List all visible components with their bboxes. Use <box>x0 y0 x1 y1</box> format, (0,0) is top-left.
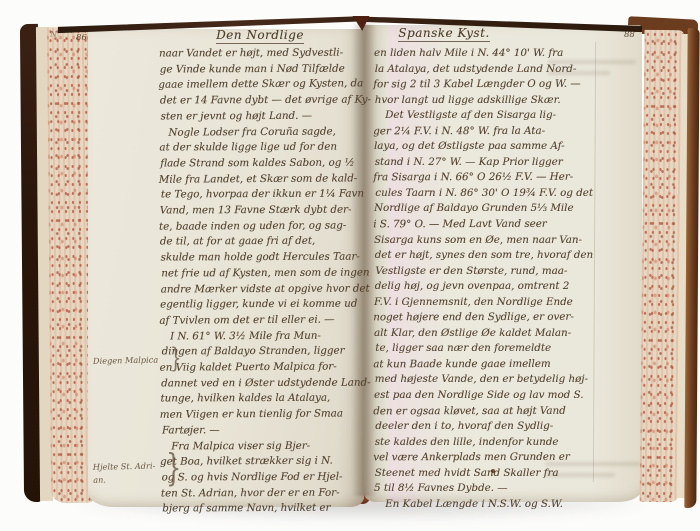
handwritten-line: Nogle Lodser fra Coruña sagde, <box>158 124 360 141</box>
handwritten-line: noget højere end den Sydlige, er over- <box>373 310 601 326</box>
handwritten-line: deeler den i to, hvoraf den Sydlig- <box>375 419 603 435</box>
ink-blot <box>491 469 495 473</box>
margin-note-line1: Hjelte St. Adri- <box>93 461 156 472</box>
left-page-header: Den Nordlige <box>160 28 360 42</box>
handwritten-line: at kun Baade kunde gaae imellem <box>373 357 601 373</box>
handwritten-line: Fra Malpica viser sig Bjer- <box>161 438 363 455</box>
handwritten-line: I N. 61° W. 3½ Mile fra Mun- <box>160 328 362 345</box>
edge-mark: N <box>50 30 57 39</box>
left-page-header-text: Den Nordlige <box>216 28 304 44</box>
handwritten-line: andre Mærker vidste at opgive hvor det <box>161 281 363 298</box>
handwritten-line: En Kabel Længde i N.S.W. og S.W. <box>375 497 603 513</box>
margin-note-line2: an. <box>93 475 106 485</box>
handwritten-line: est paa den Nordlige Side og lav mod S. <box>374 388 602 404</box>
handwritten-line: ger 2¼ F.V. i N. 48° W. fra la Ata- <box>373 123 601 139</box>
handwritten-line: skulde man holde godt Hercules Taar- <box>161 250 363 267</box>
handwritten-line: med højeste Vande, den er betydelig høj- <box>375 372 603 388</box>
handwritten-line: det er 14 Favne dybt — det øvrige af Ky- <box>160 93 362 110</box>
margin-note-brace: } <box>170 343 181 375</box>
handwritten-line: egentlig ligger, kunde vi ei komme ud <box>160 297 362 314</box>
handwritten-line: F.V. i Gjennemsnit, den Nordlige Ende <box>374 295 602 311</box>
handwritten-line: get Boa, hvilket strækker sig i N. <box>160 454 362 471</box>
ink-bleedthrough-bottom <box>545 462 645 484</box>
handwritten-line: te, baade inden og uden for, og sag- <box>159 218 361 235</box>
margin-note-st-adrian: Hjelte St. Adri- an. <box>93 459 172 487</box>
ink-bleedthrough-top <box>548 60 640 82</box>
handwritten-line: den er ogsaa kløvet, saa at højt Vand <box>373 403 601 419</box>
handwritten-line: ten St. Adrian, hvor der er en For- <box>161 485 363 502</box>
handwritten-line: Vestligste er den Største, rund, maa- <box>375 264 603 280</box>
handwritten-line: bjerg af samme Navn, hvilket er <box>162 501 364 518</box>
handwritten-line: men Viigen er kun tienlig for Smaa <box>160 406 362 423</box>
right-page-header-text: Spanske Kyst. <box>398 26 489 42</box>
handwritten-line: og S. og hvis Nordlige Fod er Hjel- <box>162 470 364 487</box>
handwritten-line: cules Taarn i N. 86° 30' O 19¾ F.V. og d… <box>375 186 603 202</box>
right-page-header: Spanske Kyst. <box>374 26 514 40</box>
handwritten-line: flade Strand som kaldes Sabon, og ½ <box>160 155 362 172</box>
handwritten-line: stand i N. 27° W. — Kap Prior ligger <box>375 155 603 171</box>
manuscript-book-photo: N 86 Den Nordlige naar Vandet er højt, m… <box>0 0 700 531</box>
handwritten-line: det er højt, synes den som tre, hvoraf d… <box>375 248 603 264</box>
handwritten-line: ge Vinde kunde man i Nød Tilfælde <box>160 61 362 78</box>
handwritten-line: net frie ud af Kysten, men som de ingen <box>161 265 363 282</box>
handwritten-line: dingen af Baldayo Stranden, ligger <box>162 344 364 361</box>
handwritten-line: tunge, hvilken kaldes la Atalaya, <box>160 391 362 408</box>
right-page-handwriting: en liden halv Mile i N. 44° 10' W. frala… <box>374 46 602 512</box>
handwritten-line: naar Vandet er højt, med Sydvestli- <box>159 46 361 63</box>
handwritten-line: alt Klar, den Østlige Øe kaldet Malan- <box>374 326 602 342</box>
handwritten-line: Det Vestligste af den Sisarga lig- <box>375 108 603 124</box>
handwritten-line: i S. 79° O. — Med Lavt Vand seer <box>373 217 601 233</box>
handwritten-line: laya, og det Østligste paa samme Af- <box>374 139 602 155</box>
handwritten-line: Sisarga kuns som en Øe, men naar Van- <box>374 233 602 249</box>
handwritten-line: de til, at for at gaae fri af det, <box>160 234 362 251</box>
left-page-number: 86 <box>76 33 87 43</box>
handwritten-line: en Viig kaldet Puerto Malpica for- <box>160 359 362 376</box>
handwritten-line: at der skulde ligge lige ud for den <box>159 140 361 157</box>
handwritten-line: te Tego, hvorpaa der ikkun er 1¼ Favn <box>161 187 363 204</box>
handwritten-line: sten er jevnt og højt Land. — <box>161 108 363 125</box>
left-page-handwriting: naar Vandet er højt, med Sydvestli-ge Vi… <box>159 46 363 518</box>
margin-note-brace: } <box>166 446 181 489</box>
handwritten-line: hvor langt ud ligge adskillige Skær. <box>375 93 603 109</box>
right-page-number: 88 <box>624 30 635 40</box>
handwritten-line: Mile fra Landet, et Skær som de kald- <box>159 171 361 188</box>
handwritten-line: Fartøjer. — <box>162 422 364 439</box>
handwritten-line: Vand, men 13 Favne Stærk dybt der- <box>160 203 362 220</box>
handwritten-line: delig høj, og jevn ovenpaa, omtrent 2 <box>375 279 603 295</box>
handwritten-line: fra Sisarga i N. 66° O 26½ F.V. — Her- <box>373 170 601 186</box>
margin-note-malpica: Diegen Malpica <box>93 353 173 368</box>
leather-cover-right <box>684 28 699 508</box>
handwritten-line: dannet ved en i Øster udstydende Land- <box>161 375 363 392</box>
handwritten-line: af Tvivlen om det er til eller ei. — <box>159 312 361 329</box>
handwritten-line: te, ligger saa nær den foremeldte <box>375 341 603 357</box>
handwritten-line: gaae imellem dette Skær og Kysten, da <box>158 77 360 94</box>
handwritten-line: ste kaldes den lille, indenfor kunde <box>375 435 603 451</box>
handwritten-line: Nordlige af Baldayo Grunden 5⅓ Mile <box>374 201 602 217</box>
